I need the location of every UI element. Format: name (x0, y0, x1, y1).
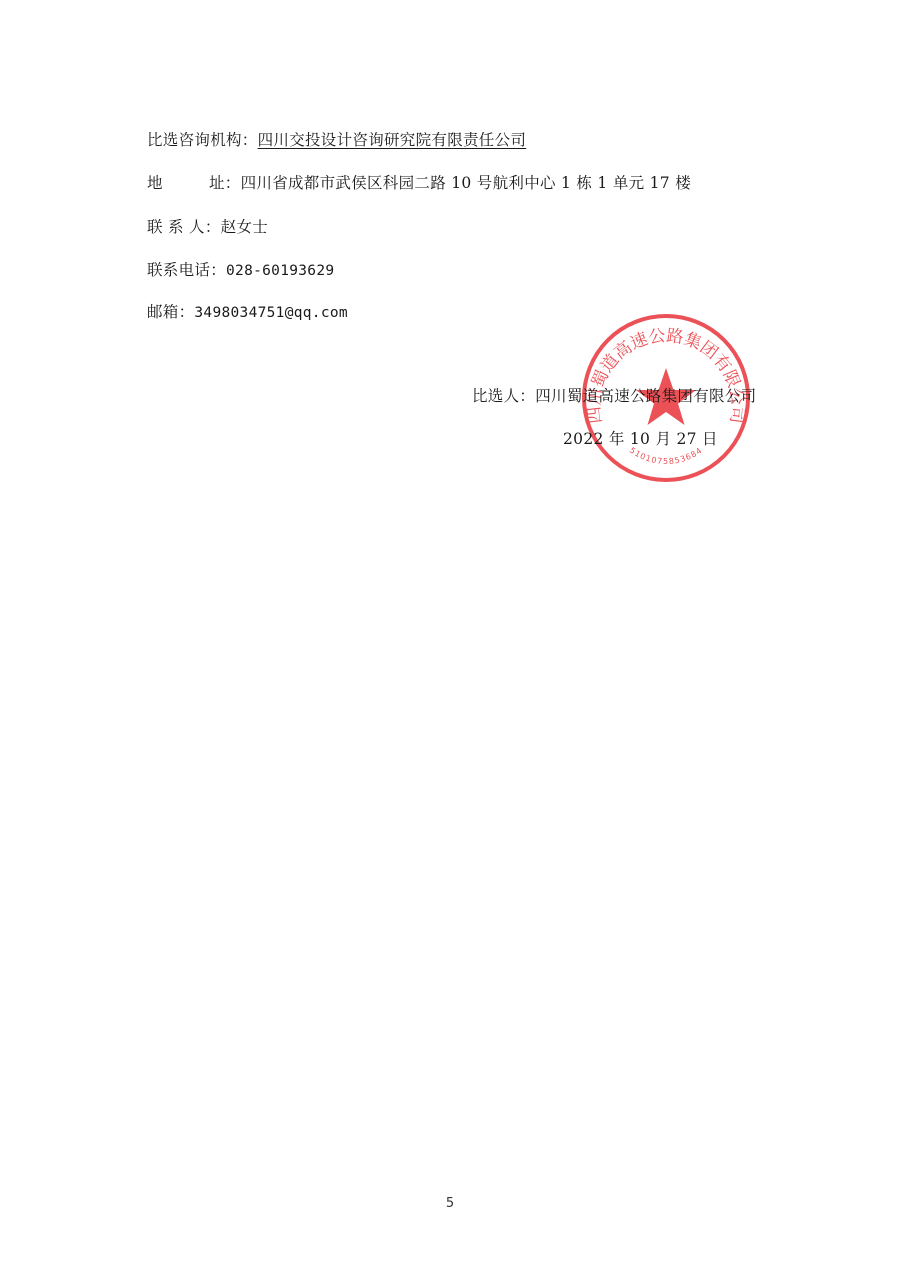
phone-line: 联系电话：028-60193629 (147, 258, 334, 280)
issuer-line: 比选人：四川蜀道高速公路集团有限公司 (472, 384, 756, 406)
issuer-label: 比选人： (472, 387, 535, 405)
email-value: 3498034751@qq.com (194, 305, 348, 321)
address-value: 四川省成都市武侯区科园二路 10 号航利中心 1 栋 1 单元 17 楼 (241, 174, 691, 192)
address-label-b: 址： (209, 174, 241, 192)
phone-label: 联系电话： (147, 261, 226, 279)
email-label: 邮箱： (147, 303, 194, 321)
contact-label: 联 系 人： (147, 218, 221, 236)
consultant-label: 比选咨询机构： (147, 131, 258, 149)
contact-value: 赵女士 (221, 218, 268, 236)
email-line: 邮箱：3498034751@qq.com (147, 300, 348, 322)
address-label-a: 地 (147, 171, 209, 193)
page-number: 5 (0, 1196, 900, 1211)
issuer-name: 四川蜀道高速公路集团有限公司 (535, 387, 756, 405)
phone-value: 028-60193629 (226, 263, 334, 279)
issue-date: 2022 年 10 月 27 日 (563, 427, 718, 449)
contact-line: 联 系 人：赵女士 (147, 215, 268, 237)
consultant-value: 四川交投设计咨询研究院有限责任公司 (258, 131, 527, 149)
address-line: 地址：四川省成都市武侯区科园二路 10 号航利中心 1 栋 1 单元 17 楼 (147, 171, 691, 193)
consultant-line: 比选咨询机构：四川交投设计咨询研究院有限责任公司 (147, 128, 526, 150)
